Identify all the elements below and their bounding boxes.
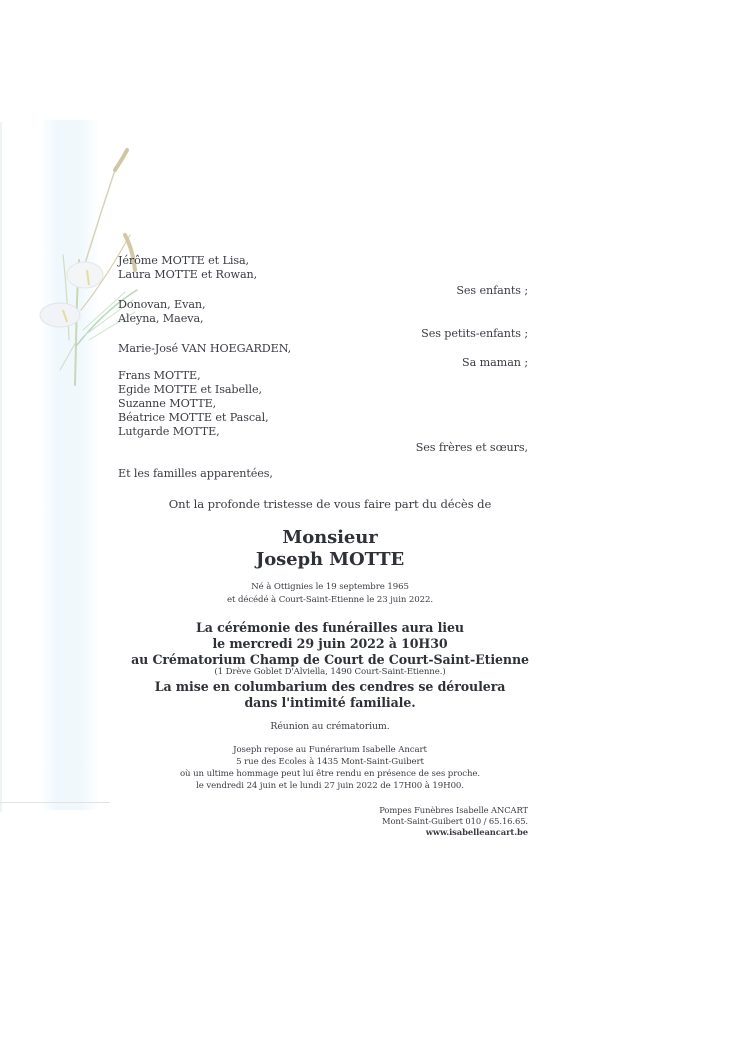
family-member: Béatrice MOTTE et Pascal, bbox=[118, 411, 269, 425]
visitation-line: le vendredi 24 juin et le lundi 27 juin … bbox=[0, 781, 660, 792]
columbarium-line: dans l'intimité familiale. bbox=[0, 695, 660, 710]
family-member: Lutgarde MOTTE, bbox=[118, 425, 220, 439]
deceased-name: Joseph MOTTE bbox=[0, 549, 660, 571]
columbarium-line: La mise en columbarium des cendres se dé… bbox=[0, 679, 660, 694]
obituary-page: Jérôme MOTTE et Lisa, Laura MOTTE et Row… bbox=[0, 0, 744, 1053]
announcement: Ont la profonde tristesse de vous faire … bbox=[0, 497, 660, 511]
family-member: Laura MOTTE et Rowan, bbox=[118, 268, 257, 282]
visitation-line: 5 rue des Ecoles à 1435 Mont-Saint-Guibe… bbox=[0, 757, 660, 768]
funeral-home-website[interactable]: www.isabelleancart.be bbox=[426, 827, 528, 838]
birth-line: Né à Ottignies le 19 septembre 1965 bbox=[0, 582, 660, 593]
ceremony-line: La cérémonie des funérailles aura lieu bbox=[0, 620, 660, 635]
reunion-note: Réunion au crématorium. bbox=[0, 721, 660, 732]
ceremony-address: (1 Drève Goblet D'Alviella, 1490 Court-S… bbox=[0, 667, 660, 678]
funeral-home-name: Pompes Funèbres Isabelle ANCART bbox=[379, 805, 528, 816]
death-line: et décédé à Court-Saint-Etienne le 23 ju… bbox=[0, 595, 660, 606]
relation-label: Ses frères et sœurs, bbox=[416, 441, 528, 455]
family-member: Frans MOTTE, bbox=[118, 369, 201, 383]
relation-label: Ses enfants ; bbox=[456, 284, 528, 298]
visitation-line: Joseph repose au Funérarium Isabelle Anc… bbox=[0, 745, 660, 756]
family-member: Aleyna, Maeva, bbox=[118, 312, 203, 326]
ceremony-place: au Crématorium Champ de Court de Court-S… bbox=[0, 652, 660, 667]
family-member: Marie-José VAN HOEGARDEN, bbox=[118, 342, 291, 356]
family-member: Donovan, Evan, bbox=[118, 298, 205, 312]
relation-label: Sa maman ; bbox=[462, 356, 528, 370]
ceremony-date: le mercredi 29 juin 2022 à 10H30 bbox=[0, 636, 660, 651]
family-member: Suzanne MOTTE, bbox=[118, 397, 216, 411]
deceased-title: Monsieur bbox=[0, 527, 660, 549]
relatives-line: Et les familles apparentées, bbox=[118, 467, 273, 481]
family-member: Egide MOTTE et Isabelle, bbox=[118, 383, 262, 397]
relation-label: Ses petits-enfants ; bbox=[421, 327, 528, 341]
funeral-home-phone: Mont-Saint-Guibert 010 / 65.16.65. bbox=[382, 816, 528, 827]
visitation-line: où un ultime hommage peut lui être rendu… bbox=[0, 769, 660, 780]
divider-line bbox=[0, 802, 110, 803]
family-member: Jérôme MOTTE et Lisa, bbox=[118, 254, 249, 268]
